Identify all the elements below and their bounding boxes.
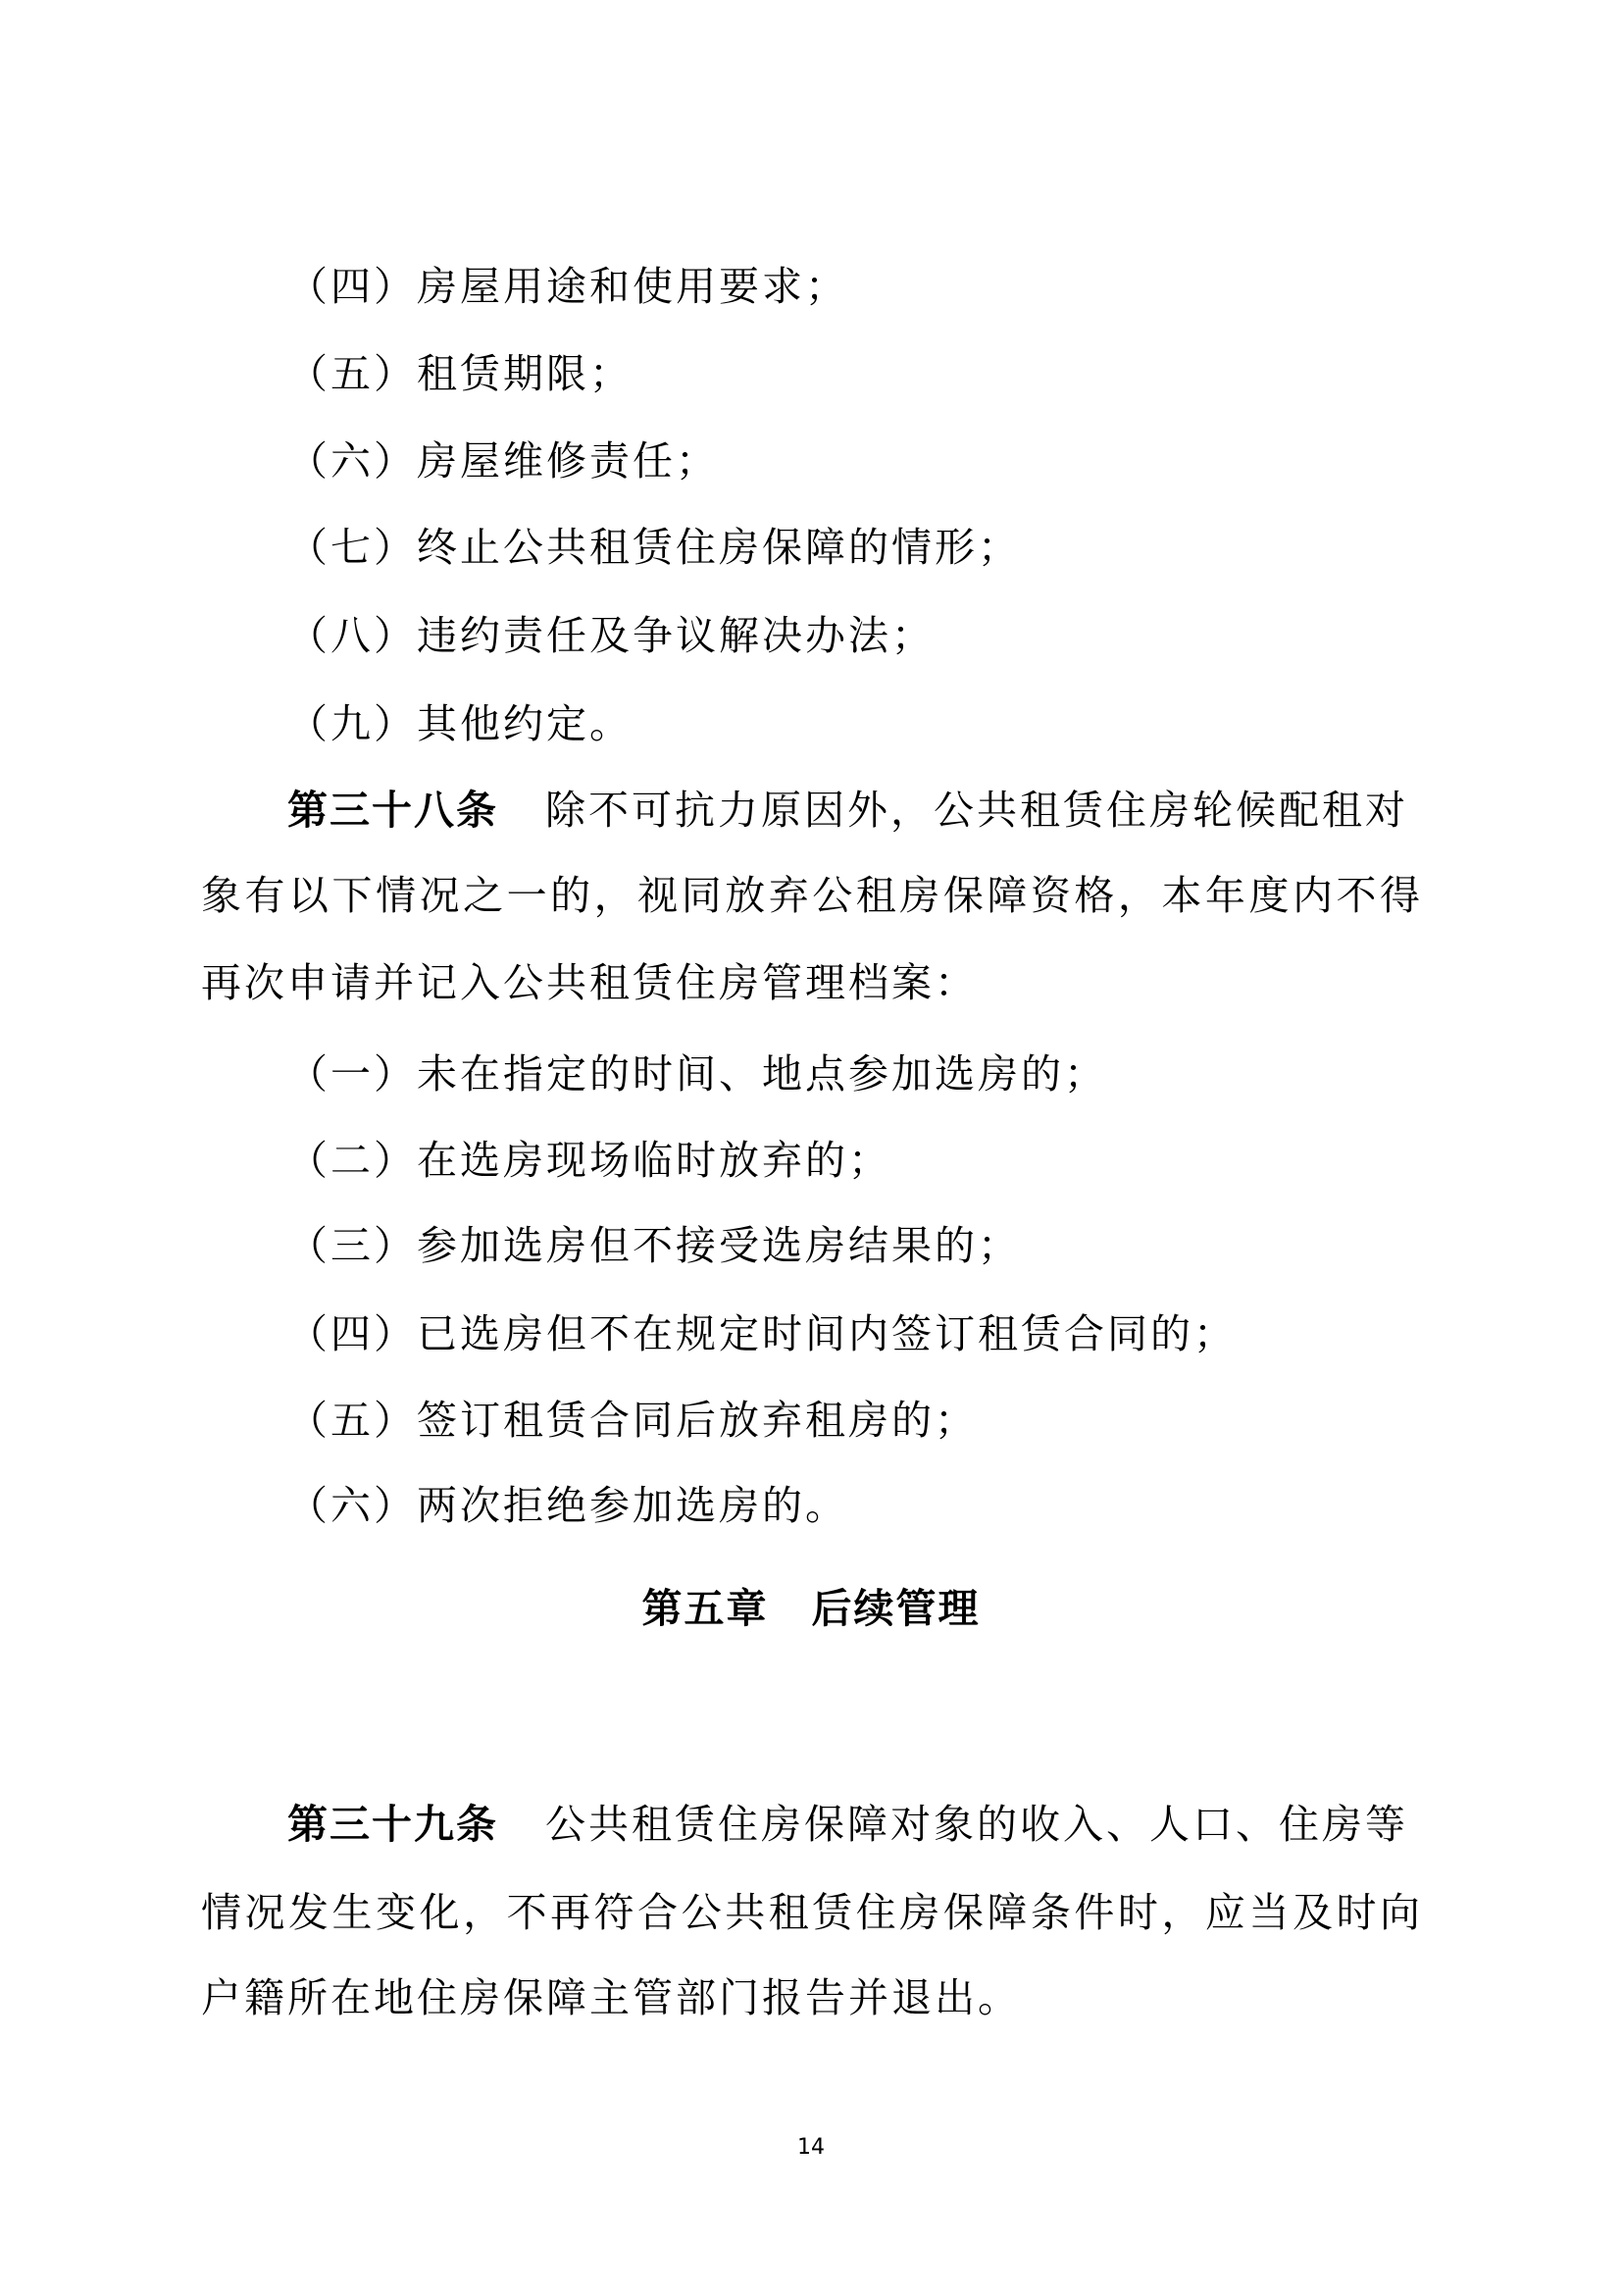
list-item: （五）签订租赁合同后放弃租房的； — [287, 1391, 1420, 1450]
list-item: （七）终止公共租赁住房保障的情形； — [287, 518, 1420, 577]
list-item: （五）租赁期限； — [287, 344, 1420, 403]
list-item: （四）已选房但不在规定时间内签订租赁合同的； — [287, 1304, 1420, 1363]
chapter-number: 第五章 — [642, 1585, 769, 1632]
article-38-first-line: 第三十八条除不可抗力原因外，公共租赁住房轮候配租对 — [287, 781, 1420, 840]
list-item: （二）在选房现场临时放弃的； — [287, 1131, 1420, 1190]
list-item: （六）房屋维修责任； — [287, 432, 1420, 490]
article-39-line: 情况发生变化，不再符合公共租赁住房保障条件时，应当及时向 — [201, 1883, 1420, 1942]
article-39-first-line: 第三十九条公共租赁住房保障对象的收入、人口、住房等 — [287, 1795, 1420, 1854]
document-page: （四）房屋用途和使用要求； （五）租赁期限； （六）房屋维修责任； （七）终止公… — [0, 0, 1622, 2296]
list-item: （九）其他约定。 — [287, 694, 1420, 753]
article-39-line: 户籍所在地住房保障主管部门报告并退出。 — [201, 1968, 1420, 2027]
list-item: （一）未在指定的时间、地点参加选房的； — [287, 1045, 1420, 1103]
page-number: 14 — [0, 2134, 1622, 2162]
article-38-line: 再次申请并记入公共租赁住房管理档案： — [201, 953, 1420, 1012]
list-item: （四）房屋用途和使用要求； — [287, 257, 1420, 316]
list-item: （八）违约责任及争议解决办法； — [287, 606, 1420, 665]
chapter-title: 后续管理 — [812, 1585, 981, 1632]
article-38-heading: 第三十八条 — [287, 787, 498, 834]
article-39-heading: 第三十九条 — [287, 1801, 498, 1848]
list-item: （六）两次拒绝参加选房的。 — [287, 1476, 1420, 1535]
article-39-text: 公共租赁住房保障对象的收入、人口、住房等 — [545, 1801, 1408, 1848]
article-38-line: 象有以下情况之一的，视同放弃公租房保障资格，本年度内不得 — [201, 866, 1420, 925]
chapter-heading: 第五章后续管理 — [0, 1579, 1622, 1638]
article-38-text: 除不可抗力原因外，公共租赁住房轮候配租对 — [545, 787, 1408, 834]
list-item: （三）参加选房但不接受选房结果的； — [287, 1216, 1420, 1275]
